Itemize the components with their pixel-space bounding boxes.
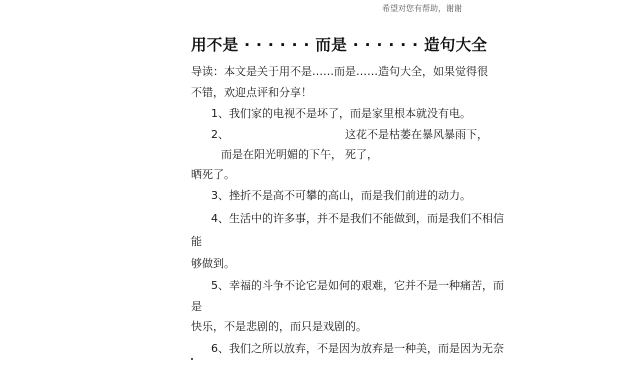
example-4-line-1: 4、生活中的许多事，并不是我们不能做到，而是我们不相信 (211, 210, 504, 226)
intro-line-1: 导读：本文是关于用不是……而是……造句大全，如果觉得很 (191, 63, 488, 79)
example-2-part-2: 而是在阳光明媚的下午， (221, 146, 342, 162)
example-6-line-1: 6、我们之所以放弃，不是因为放弃是一种美，而是因为无奈 (211, 340, 504, 356)
example-2-part-3: 死了， (345, 146, 378, 162)
example-2-number: 2、 (211, 126, 229, 142)
header-note: 希望对您有帮助，谢谢 (382, 3, 462, 14)
example-2-part-1: 这花不是枯萎在暴风暴雨下， (345, 126, 488, 142)
example-5-line-2: 是 (191, 298, 202, 314)
example-5-line-3: 快乐，不是悲剧的，而只是戏剧的。 (191, 318, 367, 334)
document-title: 用不是 · · · · · · 而是 · · · · · · 造句大全 (191, 33, 487, 55)
intro-line-2: 不错，欢迎点评和分享！ (191, 84, 312, 100)
example-2-part-4: 晒死了。 (191, 166, 235, 182)
example-3: 3、挫折不是高不可攀的高山，而是我们前进的动力。 (211, 187, 471, 203)
continuation-mark (191, 358, 193, 360)
example-4-line-3: 够做到。 (191, 255, 235, 271)
example-5-line-1: 5、幸福的斗争不论它是如何的艰难，它并不是一种痛苦，而 (211, 277, 504, 293)
example-4-line-2: 能 (191, 233, 202, 249)
example-1: 1、我们家的电视不是坏了，而是家里根本就没有电。 (211, 105, 471, 121)
